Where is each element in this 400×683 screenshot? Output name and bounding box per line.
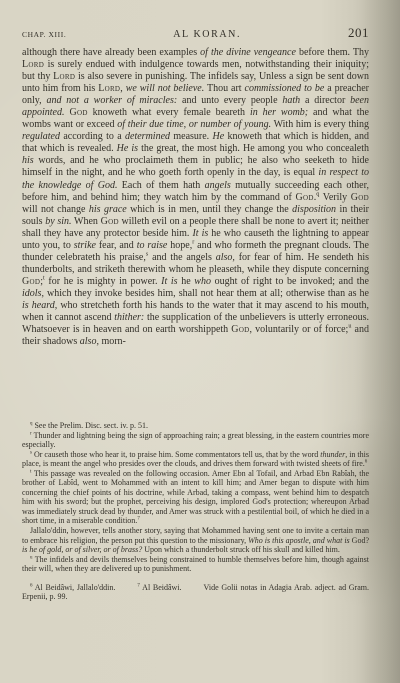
body-text: although there have already been example… <box>22 47 369 348</box>
chapter-label: Chap. XIII. <box>22 30 66 39</box>
footnote-u: u The infidels and devils themselves bei… <box>22 555 369 574</box>
footnote-citations: 6 Al Beidâwi, Jallalo'ddin.7 Al Beidâwi.… <box>22 583 369 602</box>
footnote-t: t This passage was revealed on the follo… <box>22 469 369 526</box>
page-header: Chap. XIII. AL KORAN. 201 <box>22 25 369 41</box>
book-title: AL KORAN. <box>66 29 348 40</box>
footnotes-section: q See the Prelim. Disc. sect. iv. p. 51.… <box>22 421 369 602</box>
footnote-s: s Or causeth those who hear it, to prais… <box>22 450 369 469</box>
book-page: Chap. XIII. AL KORAN. 201 although there… <box>0 0 400 683</box>
footnote-t-continued: Jallalo'ddin, however, tells another sto… <box>22 526 369 555</box>
footnote-q: q See the Prelim. Disc. sect. iv. p. 51. <box>22 421 369 431</box>
footnote-r: r Thunder and lightning being the sign o… <box>22 431 369 450</box>
page-number: 201 <box>348 25 369 41</box>
